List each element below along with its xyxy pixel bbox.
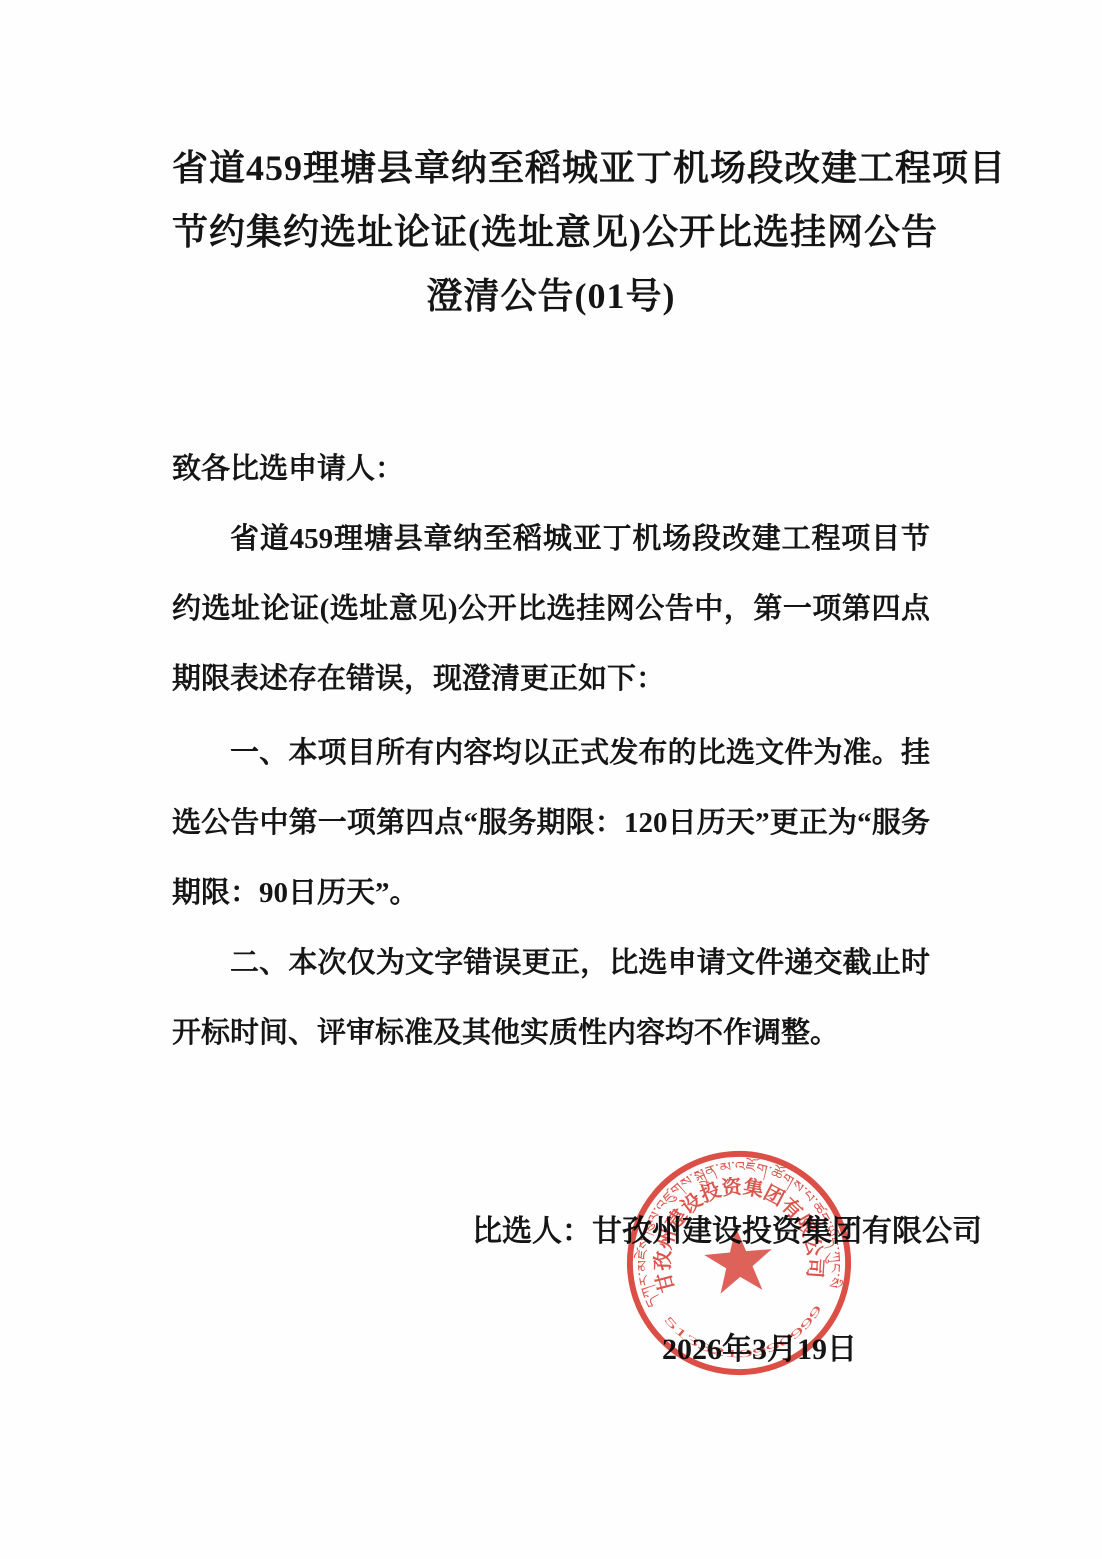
body-line: 选公告中第一项第四点“服务期限：120日历天”更正为“服务 xyxy=(172,788,930,858)
body-line: 省道459理塘县章纳至稻城亚丁机场段改建工程项目节约集 xyxy=(172,504,930,574)
body-line: 期限：90日历天”。 xyxy=(172,858,930,928)
paragraph-3: 二、本次仅为文字错误更正，比选申请文件递交截止时间、 开标时间、评审标准及其他实… xyxy=(172,928,930,1068)
body-text: 致各比选申请人： 省道459理塘县章纳至稻城亚丁机场段改建工程项目节约集 约选址… xyxy=(172,434,930,1068)
body-line: 二、本次仅为文字错误更正，比选申请文件递交截止时间、 xyxy=(172,928,930,998)
salutation-line: 致各比选申请人： xyxy=(172,434,930,504)
body-line: 约选址论证(选址意见)公开比选挂网公告中，第一项第四点服务 xyxy=(172,574,930,644)
paragraph-2: 一、本项目所有内容均以正式发布的比选文件为准。挂网比 选公告中第一项第四点“服务… xyxy=(172,718,930,928)
body-line: 期限表述存在错误，现澄清更正如下： xyxy=(172,644,930,714)
bid-selector-signature: 比选人：甘孜州建设投资集团有限公司 xyxy=(472,1212,982,1252)
paragraph-1: 省道459理塘县章纳至稻城亚丁机场段改建工程项目节约集 约选址论证(选址意见)公… xyxy=(172,504,930,714)
document-page: 省道459理塘县章纳至稻城亚丁机场段改建工程项目 节约集约选址论证(选址意见)公… xyxy=(0,0,1102,1559)
signature-date: 2026年3月19日 xyxy=(662,1330,857,1370)
document-title: 省道459理塘县章纳至稻城亚丁机场段改建工程项目 节约集约选址论证(选址意见)公… xyxy=(172,136,930,328)
title-line-1: 省道459理塘县章纳至稻城亚丁机场段改建工程项目 xyxy=(172,136,930,200)
title-line-3: 澄清公告(01号) xyxy=(172,264,930,328)
body-line: 一、本项目所有内容均以正式发布的比选文件为准。挂网比 xyxy=(172,718,930,788)
body-line: 开标时间、评审标准及其他实质性内容均不作调整。 xyxy=(172,998,930,1068)
title-line-2: 节约集约选址论证(选址意见)公开比选挂网公告 xyxy=(172,200,930,264)
